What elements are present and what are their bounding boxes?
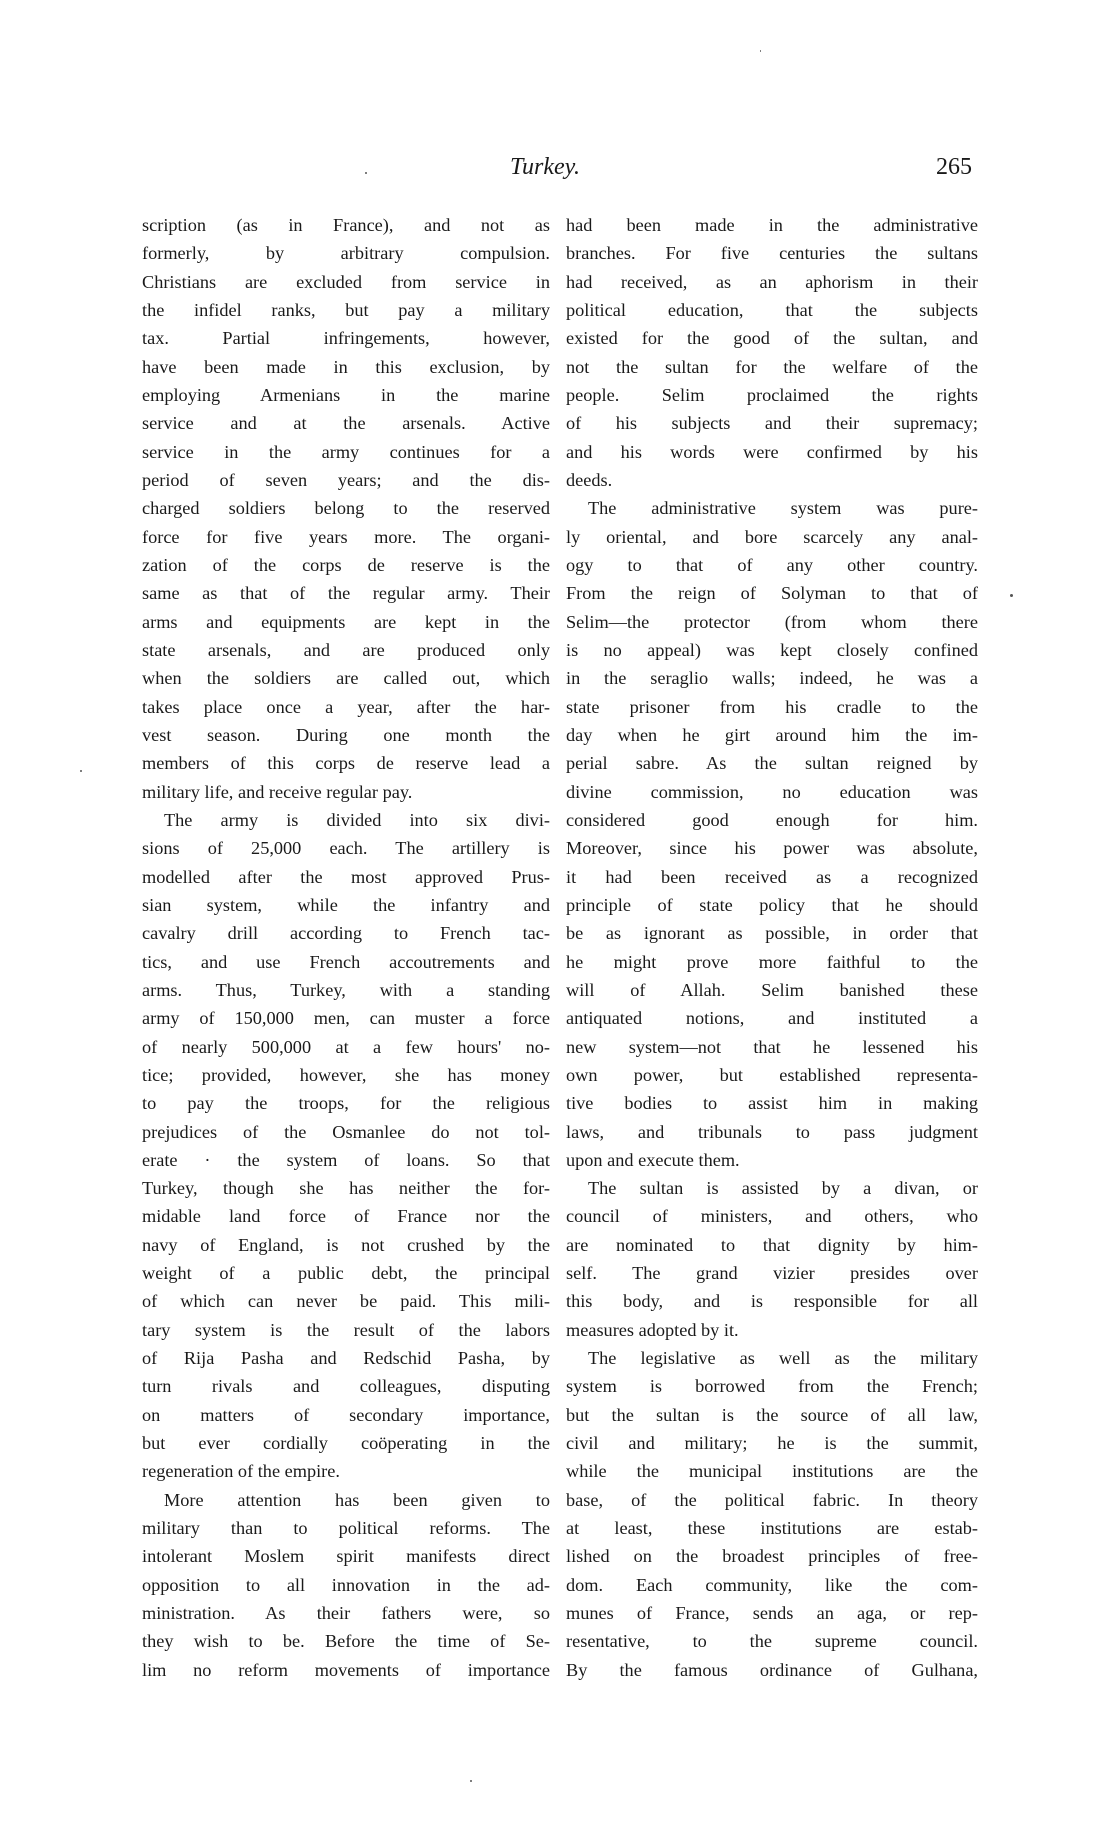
text-line: Moreover, since his power was absolute,	[566, 834, 978, 862]
page-number: 265	[936, 154, 972, 181]
text-line: regeneration of the empire.	[142, 1457, 550, 1485]
left-text-column: scription (as in France), and not asform…	[142, 211, 550, 1684]
running-title: Turkey.	[510, 154, 580, 181]
text-line: will of Allah. Selim banished these	[566, 976, 978, 1004]
text-line: military than to political reforms. The	[142, 1514, 550, 1542]
text-line: zation of the corps de reserve is the	[142, 551, 550, 579]
text-line: council of ministers, and others, who	[566, 1202, 978, 1230]
text-line: he might prove more faithful to the	[566, 948, 978, 976]
text-line: self. The grand vizier presides over	[566, 1259, 978, 1287]
text-line: period of seven years; and the dis-	[142, 466, 550, 494]
text-line: The legislative as well as the military	[566, 1344, 978, 1372]
text-line: vest season. During one month the	[142, 721, 550, 749]
text-line: Selim—the protector (from whom there	[566, 608, 978, 636]
scan-speck	[80, 770, 82, 772]
text-line: employing Armenians in the marine	[142, 381, 550, 409]
text-line: ogy to that of any other country.	[566, 551, 978, 579]
text-line: cavalry drill according to French tac-	[142, 919, 550, 947]
text-line: dom. Each community, like the com-	[566, 1571, 978, 1599]
text-line: intolerant Moslem spirit manifests direc…	[142, 1542, 550, 1570]
text-line: sions of 25,000 each. The artillery is	[142, 834, 550, 862]
text-line: measures adopted by it.	[566, 1316, 978, 1344]
text-line: branches. For five centuries the sultans	[566, 239, 978, 267]
text-line: had been made in the administrative	[566, 211, 978, 239]
text-line: tice; provided, however, she has money	[142, 1061, 550, 1089]
text-line: state prisoner from his cradle to the	[566, 693, 978, 721]
text-line: is no appeal) was kept closely confined	[566, 636, 978, 664]
text-line: army of 150,000 men, can muster a force	[142, 1004, 550, 1032]
scan-speck	[365, 172, 367, 174]
text-line: charged soldiers belong to the reserved	[142, 494, 550, 522]
text-line: have been made in this exclusion, by	[142, 353, 550, 381]
text-line: takes place once a year, after the har-	[142, 693, 550, 721]
text-line: the infidel ranks, but pay a military	[142, 296, 550, 324]
text-line: The administrative system was pure-	[566, 494, 978, 522]
text-line: it had been received as a recognized	[566, 863, 978, 891]
text-line: this body, and is responsible for all	[566, 1287, 978, 1315]
text-line: state arsenals, and are produced only	[142, 636, 550, 664]
text-line: lished on the broadest principles of fre…	[566, 1542, 978, 1570]
text-line: service and at the arsenals. Active	[142, 409, 550, 437]
text-line: when the soldiers are called out, which	[142, 664, 550, 692]
text-line: opposition to all innovation in the ad-	[142, 1571, 550, 1599]
text-line: system is borrowed from the French;	[566, 1372, 978, 1400]
text-line: ly oriental, and bore scarcely any anal-	[566, 523, 978, 551]
text-line: force for five years more. The organi-	[142, 523, 550, 551]
text-line: service in the army continues for a	[142, 438, 550, 466]
text-line: tive bodies to assist him in making	[566, 1089, 978, 1117]
text-line: ministration. As their fathers were, so	[142, 1599, 550, 1627]
text-line: deeds.	[566, 466, 978, 494]
text-line: of his subjects and their supremacy;	[566, 409, 978, 437]
text-line: not the sultan for the welfare of the	[566, 353, 978, 381]
page-header: Turkey. 265	[0, 150, 1120, 190]
text-line: base, of the political fabric. In theory	[566, 1486, 978, 1514]
text-line: existed for the good of the sultan, and	[566, 324, 978, 352]
text-line: but the sultan is the source of all law,	[566, 1401, 978, 1429]
text-line: navy of England, is not crushed by the	[142, 1231, 550, 1259]
text-line: laws, and tribunals to pass judgment	[566, 1118, 978, 1146]
text-line: prejudices of the Osmanlee do not tol-	[142, 1118, 550, 1146]
text-line: at least, these institutions are estab-	[566, 1514, 978, 1542]
text-line: divine commission, no education was	[566, 778, 978, 806]
text-line: modelled after the most approved Prus-	[142, 863, 550, 891]
text-line: By the famous ordinance of Gulhana,	[566, 1656, 978, 1684]
scan-speck	[1010, 594, 1013, 597]
text-line: lim no reform movements of importance	[142, 1656, 550, 1684]
text-line: but ever cordially coöperating in the	[142, 1429, 550, 1457]
text-line: turn rivals and colleagues, disputing	[142, 1372, 550, 1400]
text-line: weight of a public debt, the principal	[142, 1259, 550, 1287]
text-line: principle of state policy that he should	[566, 891, 978, 919]
text-line: of which can never be paid. This mili-	[142, 1287, 550, 1315]
text-line: The sultan is assisted by a divan, or	[566, 1174, 978, 1202]
text-line: day when he girt around him the im-	[566, 721, 978, 749]
text-line: arms. Thus, Turkey, with a standing	[142, 976, 550, 1004]
text-line: of nearly 500,000 at a few hours' no-	[142, 1033, 550, 1061]
text-line: on matters of secondary importance,	[142, 1401, 550, 1429]
text-line: they wish to be. Before the time of Se-	[142, 1627, 550, 1655]
text-line: upon and execute them.	[566, 1146, 978, 1174]
text-line: considered good enough for him.	[566, 806, 978, 834]
scan-speck	[760, 50, 761, 52]
text-line: sian system, while the infantry and	[142, 891, 550, 919]
text-line: munes of France, sends an aga, or rep-	[566, 1599, 978, 1627]
text-line: civil and military; he is the summit,	[566, 1429, 978, 1457]
text-line: antiquated notions, and instituted a	[566, 1004, 978, 1032]
text-line: Christians are excluded from service in	[142, 268, 550, 296]
text-line: erate · the system of loans. So that	[142, 1146, 550, 1174]
text-line: Turkey, though she has neither the for-	[142, 1174, 550, 1202]
text-line: and his words were confirmed by his	[566, 438, 978, 466]
text-line: be as ignorant as possible, in order tha…	[566, 919, 978, 947]
text-line: tax. Partial infringements, however,	[142, 324, 550, 352]
text-line: people. Selim proclaimed the rights	[566, 381, 978, 409]
text-line: From the reign of Solyman to that of	[566, 579, 978, 607]
text-line: to pay the troops, for the religious	[142, 1089, 550, 1117]
text-line: military life, and receive regular pay.	[142, 778, 550, 806]
text-line: had received, as an aphorism in their	[566, 268, 978, 296]
text-line: perial sabre. As the sultan reigned by	[566, 749, 978, 777]
right-text-column: had been made in the administrativebranc…	[566, 211, 978, 1684]
text-line: arms and equipments are kept in the	[142, 608, 550, 636]
text-line: same as that of the regular army. Their	[142, 579, 550, 607]
text-line: are nominated to that dignity by him-	[566, 1231, 978, 1259]
text-line: while the municipal institutions are the	[566, 1457, 978, 1485]
text-line: in the seraglio walls; indeed, he was a	[566, 664, 978, 692]
text-line: tics, and use French accoutrements and	[142, 948, 550, 976]
text-line: new system—not that he lessened his	[566, 1033, 978, 1061]
text-line: midable land force of France nor the	[142, 1202, 550, 1230]
text-line: The army is divided into six divi-	[142, 806, 550, 834]
text-line: political education, that the subjects	[566, 296, 978, 324]
text-line: More attention has been given to	[142, 1486, 550, 1514]
text-line: own power, but established representa-	[566, 1061, 978, 1089]
text-line: scription (as in France), and not as	[142, 211, 550, 239]
text-line: tary system is the result of the labors	[142, 1316, 550, 1344]
text-line: of Rija Pasha and Redschid Pasha, by	[142, 1344, 550, 1372]
scan-speck	[470, 1780, 472, 1782]
text-line: resentative, to the supreme council.	[566, 1627, 978, 1655]
text-line: formerly, by arbitrary compulsion.	[142, 239, 550, 267]
text-line: members of this corps de reserve lead a	[142, 749, 550, 777]
